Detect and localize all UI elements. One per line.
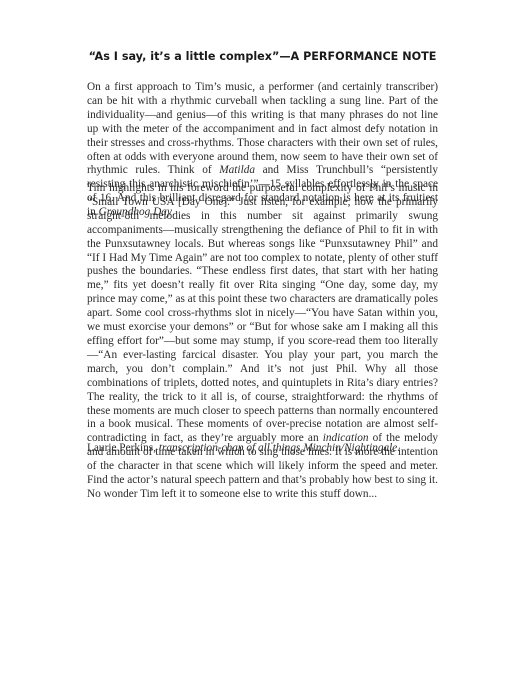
page-title: “As I say, it’s a little complex”—A PERF…	[0, 50, 525, 63]
document-page: “As I say, it’s a little complex”—A PERF…	[0, 0, 525, 700]
work-title-matilda: Matilda	[219, 164, 255, 176]
signature-name: Laurie Perkins,	[87, 442, 159, 454]
text-segment: On a first approach to Tim’s music, a pe…	[87, 81, 438, 176]
text-segment: Tim highlights in his foreword the purpo…	[87, 182, 438, 444]
signature: Laurie Perkins, transcription-chap of al…	[87, 442, 438, 456]
signature-role: transcription-chap of all things Minchin…	[159, 442, 400, 454]
